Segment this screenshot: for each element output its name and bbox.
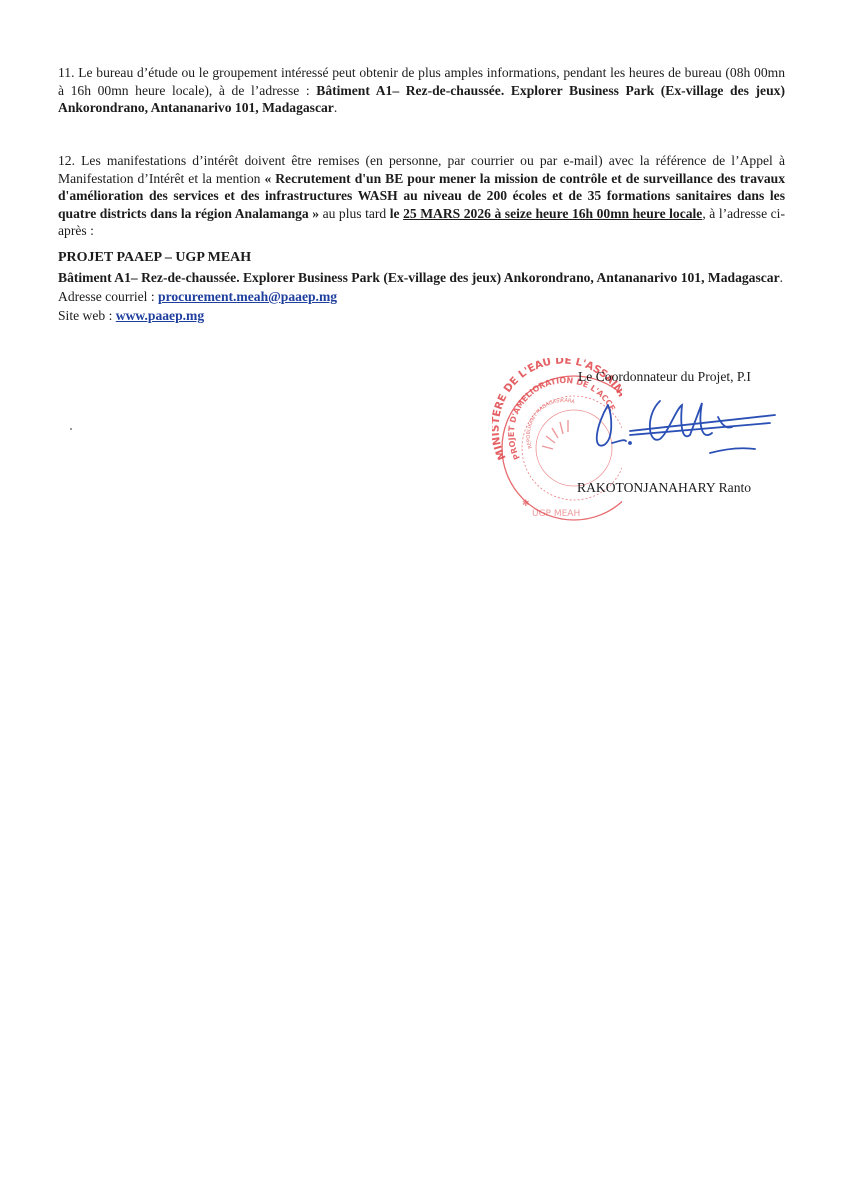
svg-text:UGP MEAH: UGP MEAH xyxy=(532,509,580,519)
email-line: Adresse courriel : procurement.meah@paae… xyxy=(58,287,785,306)
handwritten-signature-icon xyxy=(590,395,780,455)
paragraph-number: 12. xyxy=(58,153,75,168)
paragraph-11: 11. Le bureau d’étude ou le groupement i… xyxy=(58,64,785,117)
signatory-name: RAKOTONJANAHARY Ranto xyxy=(577,480,751,496)
paragraph-12: 12. Les manifestations d’intérêt doivent… xyxy=(58,152,785,240)
website-label: Site web : xyxy=(58,308,116,323)
punctuation: . xyxy=(334,100,337,115)
website-line: Site web : www.paaep.mg xyxy=(58,306,785,325)
paragraph-number: 11. xyxy=(58,65,75,80)
project-title: PROJET PAAEP – UGP MEAH xyxy=(58,248,785,267)
signatory-title: Le Coordonnateur du Projet, P.I xyxy=(578,369,751,385)
deadline-date: 25 MARS 2026 à seize heure 16h 00mn heur… xyxy=(403,206,702,221)
document-page: 11. Le bureau d’étude ou le groupement i… xyxy=(0,0,847,1198)
paragraph-text: au plus tard xyxy=(319,206,390,221)
punctuation: . xyxy=(780,270,783,285)
deadline-prefix: le xyxy=(390,206,403,221)
street-address-text: Bâtiment A1– Rez-de-chaussée. Explorer B… xyxy=(58,270,780,285)
email-label: Adresse courriel : xyxy=(58,289,158,304)
scan-speck xyxy=(70,428,72,430)
email-link[interactable]: procurement.meah@paaep.mg xyxy=(158,289,337,304)
contact-address-block: PROJET PAAEP – UGP MEAH Bâtiment A1– Rez… xyxy=(58,248,785,325)
svg-text:✱: ✱ xyxy=(522,499,530,509)
website-link[interactable]: www.paaep.mg xyxy=(116,308,204,323)
street-address: Bâtiment A1– Rez-de-chaussée. Explorer B… xyxy=(58,268,785,287)
